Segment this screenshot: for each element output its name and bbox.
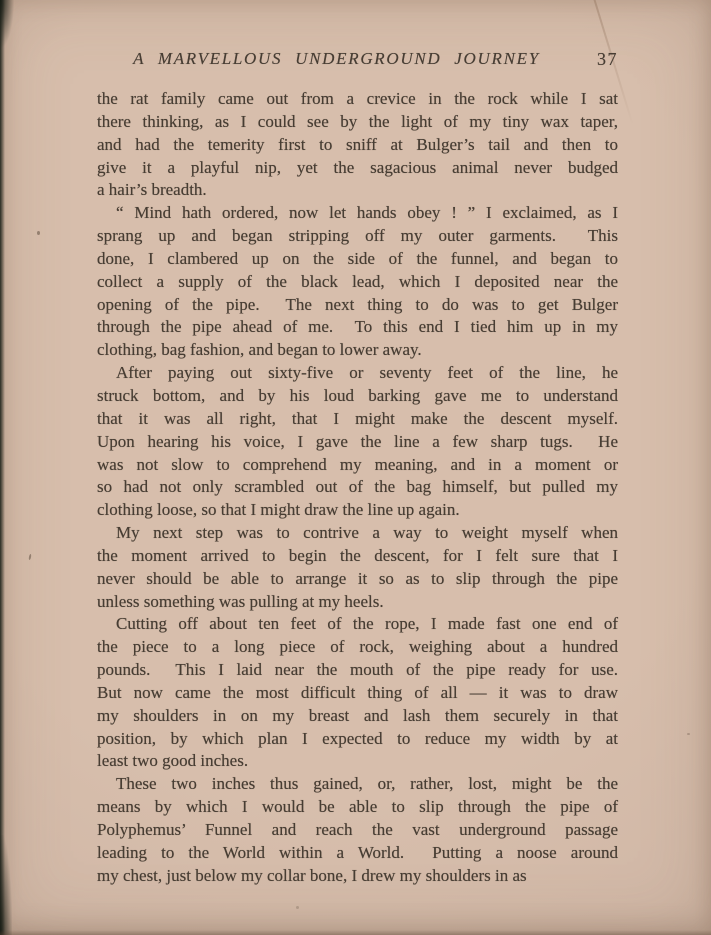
paragraph: After paying out sixty-five or seventy f…: [97, 362, 618, 522]
text-line: sprang up and began stripping off my out…: [97, 225, 618, 248]
text-line: least two good inches.: [97, 750, 618, 773]
text-line: and had the temerity first to sniff at B…: [97, 134, 618, 157]
text-line: was not slow to comprehend my meaning, a…: [97, 454, 618, 477]
text-line: clothing loose, so that I might draw the…: [97, 499, 618, 522]
paper-speck: [28, 554, 31, 560]
text-line: My next step was to contrive a way to we…: [97, 522, 618, 545]
text-line: that it was all right, that I might make…: [97, 408, 618, 431]
text-line: Cutting off about ten feet of the rope, …: [97, 613, 618, 636]
text-line: Polyphemus’ Funnel and reach the vast un…: [97, 819, 618, 842]
text-line: so had not only scrambled out of the bag…: [97, 476, 618, 499]
scan-edge-bottom: [0, 930, 711, 935]
text-line: pounds. This I laid near the mouth of th…: [97, 659, 618, 682]
running-title: A MARVELLOUS UNDERGROUND JOURNEY: [97, 49, 576, 69]
text-line: After paying out sixty-five or seventy f…: [97, 362, 618, 385]
text-line: unless something was pulling at my heels…: [97, 591, 618, 614]
scan-corner-top-left: [0, 0, 14, 48]
text-line: there thinking, as I could see by the li…: [97, 111, 618, 134]
paragraph: My next step was to contrive a way to we…: [97, 522, 618, 613]
text-line: give it a playful nip, yet the sagacious…: [97, 157, 618, 180]
paper-speck: [687, 733, 690, 735]
text-line: the moment arrived to begin the descent,…: [97, 545, 618, 568]
text-line: through the pipe ahead of me. To this en…: [97, 316, 618, 339]
text-line: “ Mind hath ordered, now let hands obey …: [97, 202, 618, 225]
text-block: the rat family came out from a crevice i…: [97, 88, 618, 888]
text-line: position, by which plan I expected to re…: [97, 728, 618, 751]
paper-speck: [37, 231, 40, 235]
text-line: These two inches thus gained, or, rather…: [97, 773, 618, 796]
text-line: done, I clambered up on the side of the …: [97, 248, 618, 271]
paragraph: Cutting off about ten feet of the rope, …: [97, 613, 618, 773]
paragraph: “ Mind hath ordered, now let hands obey …: [97, 202, 618, 362]
paragraph: the rat family came out from a crevice i…: [97, 88, 618, 202]
book-page-scan: A MARVELLOUS UNDERGROUND JOURNEY 37 the …: [0, 0, 711, 935]
page-number: 37: [597, 49, 618, 70]
text-line: my shoulders in on my breast and lash th…: [97, 705, 618, 728]
text-line: the piece to a long piece of rock, weigh…: [97, 636, 618, 659]
text-line: Upon hearing his voice, I gave the line …: [97, 431, 618, 454]
text-line: collect a supply of the black lead, whic…: [97, 271, 618, 294]
text-line: means by which I would be able to slip t…: [97, 796, 618, 819]
scan-edge-left: [0, 0, 5, 935]
text-line: a hair’s breadth.: [97, 179, 618, 202]
page-header: A MARVELLOUS UNDERGROUND JOURNEY 37: [97, 49, 618, 71]
paper-speck: [296, 906, 299, 909]
text-line: never should be able to arrange it so as…: [97, 568, 618, 591]
text-line: opening of the pipe. The next thing to d…: [97, 294, 618, 317]
text-line: struck bottom, and by his loud barking g…: [97, 385, 618, 408]
text-line: leading to the World within a World. Put…: [97, 842, 618, 865]
paragraph: These two inches thus gained, or, rather…: [97, 773, 618, 887]
text-line: my chest, just below my collar bone, I d…: [97, 865, 618, 888]
text-line: the rat family came out from a crevice i…: [97, 88, 618, 111]
scan-corner-bottom-left: [0, 835, 12, 935]
text-line: But now came the most difficult thing of…: [97, 682, 618, 705]
text-line: clothing, bag fashion, and began to lowe…: [97, 339, 618, 362]
